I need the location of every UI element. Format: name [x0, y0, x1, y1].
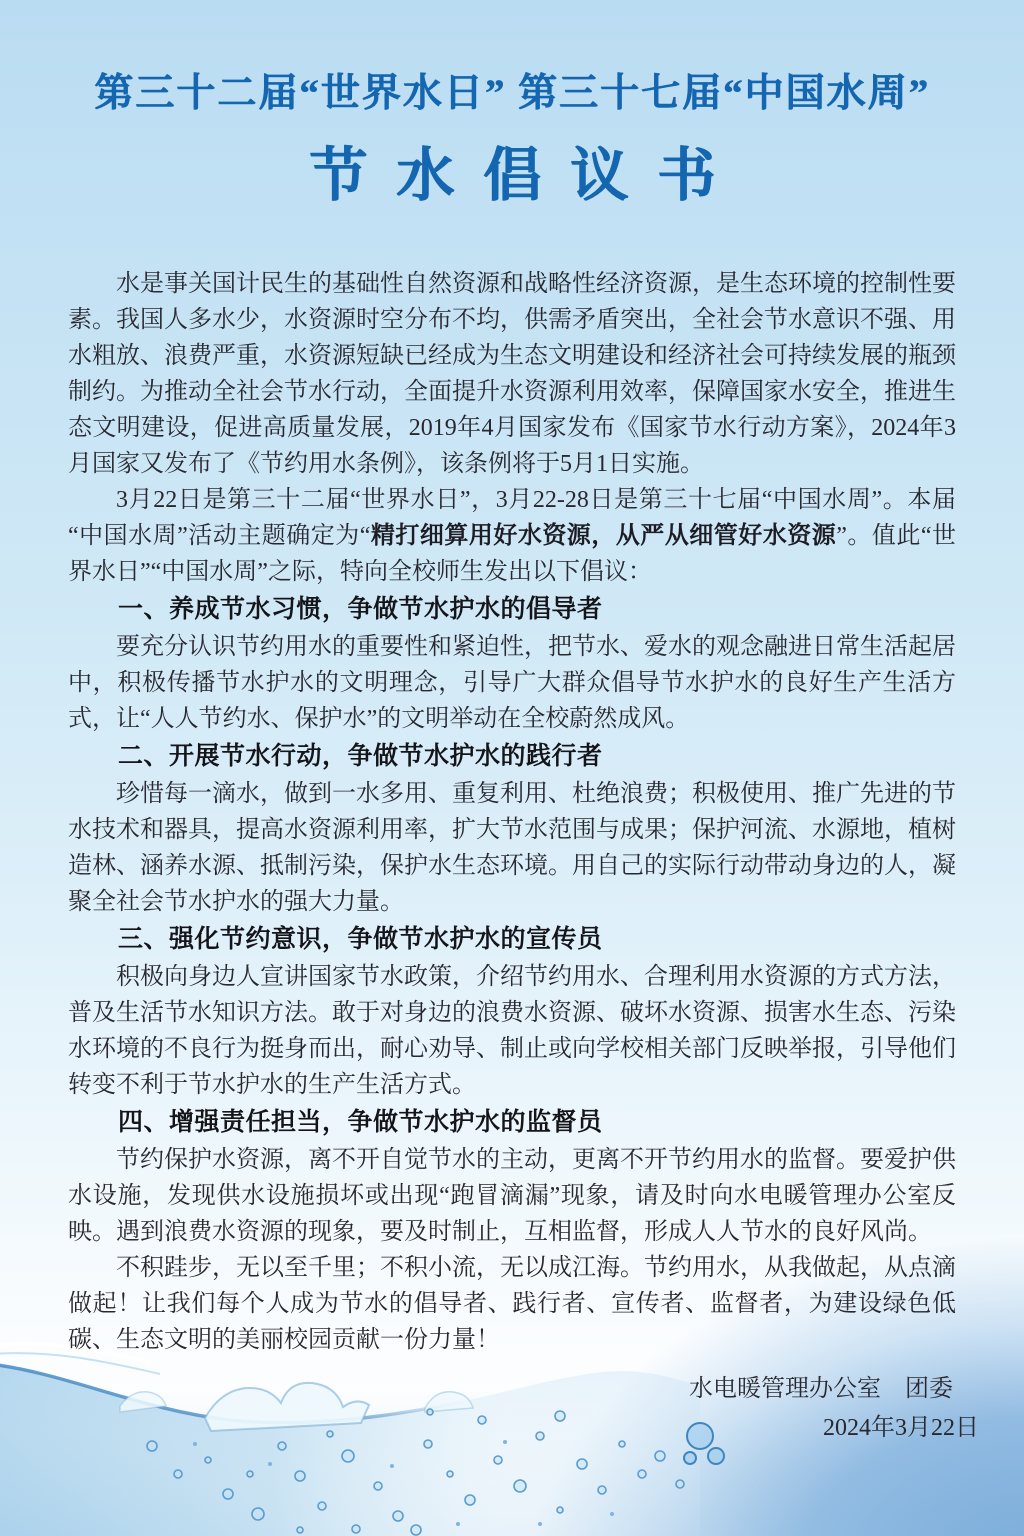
- content-layer: 第三十二届“世界水日” 第三十七届“中国水周” 节水倡议书 水是事关国计民生的基…: [0, 0, 1024, 1536]
- proposal-body: 水是事关国计民生的基础性自然资源和战略性经济资源，是生态环境的控制性要素。我国人…: [68, 266, 956, 1358]
- intro-paragraph-1: 水是事关国计民生的基础性自然资源和战略性经济资源，是生态环境的控制性要素。我国人…: [68, 266, 956, 482]
- poster-supertitle: 第三十二届“世界水日” 第三十七届“中国水周”: [20, 62, 1004, 118]
- section-2-body: 珍惜每一滴水，做到一水多用、重复利用、杜绝浪费；积极使用、推广先进的节水技术和器…: [68, 776, 956, 920]
- water-week-theme: 精打细算用好水资源，从严从细管好水资源: [370, 523, 836, 549]
- water-conservation-poster: 第三十二届“世界水日” 第三十七届“中国水周” 节水倡议书 水是事关国计民生的基…: [0, 0, 1024, 1536]
- intro-paragraph-2: 3月22日是第三十二届“世界水日”，3月22-28日是第三十七届“中国水周”。本…: [68, 482, 956, 590]
- section-1-heading: 一、养成节水习惯，争做节水护水的倡导者: [68, 591, 956, 628]
- signature-date: 2024年3月22日: [0, 1409, 1024, 1448]
- section-1-body: 要充分认识节约用水的重要性和紧迫性，把节水、爱水的观念融进日常生活起居中，积极传…: [68, 629, 956, 737]
- poster-title: 节水倡议书: [0, 128, 1024, 212]
- section-3-body: 积极向身边人宣讲国家节水政策，介绍节约用水、合理利用水资源的方式方法，普及生活节…: [68, 959, 956, 1103]
- closing-paragraph: 不积跬步，无以至千里；不积小流，无以成江海。节约用水，从我做起，从点滴做起！让我…: [68, 1250, 956, 1358]
- section-2-heading: 二、开展节水行动，争做节水护水的践行者: [68, 738, 956, 775]
- signature-block: 水电暖管理办公室 团委 2024年3月22日: [0, 1370, 1024, 1448]
- section-4-heading: 四、增强责任担当，争做节水护水的监督员: [68, 1104, 956, 1141]
- signature-org: 水电暖管理办公室 团委: [0, 1370, 1024, 1409]
- section-3-heading: 三、强化节约意识，争做节水护水的宣传员: [68, 921, 956, 958]
- section-4-body: 节约保护水资源，离不开自觉节水的主动，更离不开节约用水的监督。要爱护供水设施，发…: [68, 1142, 956, 1250]
